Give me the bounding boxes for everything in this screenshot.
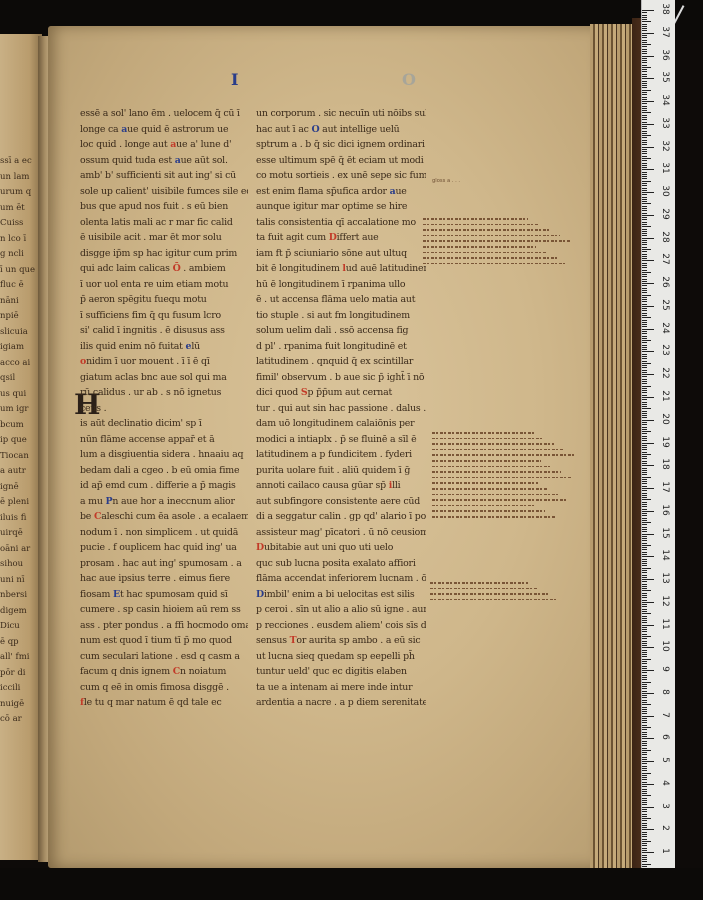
text-segment: sole up calient' uisibile fumces sile ec xyxy=(80,186,248,197)
ruler-tick xyxy=(642,531,647,532)
ruler-tick xyxy=(642,149,647,150)
ruler-tick xyxy=(642,110,647,111)
ruler-tick xyxy=(642,811,647,812)
ruler-tick xyxy=(642,358,647,359)
ruler-tick xyxy=(642,611,647,612)
ruler-tick xyxy=(642,433,647,434)
text-segment: ardentia a nacre . a p diem serenitate xyxy=(256,697,426,708)
gloss-line xyxy=(432,466,551,468)
ruler-tick xyxy=(642,199,647,200)
ruler-tick xyxy=(642,35,647,36)
text-segment: annoti cailaco causa gūar sp̄ xyxy=(256,480,389,491)
text-segment: tuntur ueld' quc ec digitis elaben xyxy=(256,666,407,677)
gloss-line xyxy=(432,494,558,496)
ruler-tick xyxy=(642,866,647,867)
text-segment: id ap̄ emd cum . differie a p̄ magis xyxy=(80,480,236,491)
text-segment: rū calidus . ur ab . s nō ignetus xyxy=(80,387,221,398)
ruler-tick xyxy=(642,725,647,726)
ruler-tick xyxy=(642,770,647,771)
gloss-line xyxy=(432,516,555,518)
text-line: onidim ī uor mouent . ī ī ē qī xyxy=(80,354,248,370)
text-line: longe ca aue quid ē astrorum ue xyxy=(80,122,248,138)
ruler-tick xyxy=(642,845,647,846)
text-segment: ue aūt sol. xyxy=(181,155,228,166)
ruler-tick xyxy=(642,472,647,473)
ruler-tick xyxy=(642,131,647,132)
text-line: est enim flama sp̄ufica ardor aue xyxy=(256,184,426,200)
text-segment: latitudinem a p fundicitem . fyderi xyxy=(256,449,412,460)
ruler-tick xyxy=(642,258,647,259)
text-segment: hac aut ī ac xyxy=(256,124,311,135)
ruler-tick xyxy=(642,577,647,578)
ruler-label: 35 xyxy=(660,68,670,86)
text-segment: pucie . f ouplicem hac quid ing' ua xyxy=(80,542,237,553)
ruler-tick xyxy=(642,324,647,325)
ruler-tick xyxy=(642,431,651,432)
ruler-tick xyxy=(642,270,647,271)
ruler-tick xyxy=(642,163,647,164)
text-segment: ossum quid tuda est xyxy=(80,155,175,166)
ruler-tick xyxy=(642,570,647,571)
ruler-tick xyxy=(642,290,647,291)
running-title-left: I xyxy=(231,70,238,89)
text-segment: num est quod ī tium tī p̄ mo quod xyxy=(80,635,232,646)
text-segment: si' calid ī ingnitis . ē disusus ass xyxy=(80,325,225,336)
ruler-label: 3 xyxy=(660,797,670,815)
ruler-tick xyxy=(642,306,654,307)
text-line: bedam dali a cgeo . b eū omia fime xyxy=(80,463,248,479)
ruler-tick xyxy=(642,729,647,730)
text-segment: d pl' . rpanima fuit longitudinē et xyxy=(256,341,407,352)
gloss-line xyxy=(432,505,535,507)
ruler-tick xyxy=(642,147,654,148)
ruler-tick xyxy=(642,538,647,539)
ruler-tick xyxy=(642,609,647,610)
ruler-tick xyxy=(642,718,647,719)
text-line: talis consistentia qī accalatione mo xyxy=(256,215,426,231)
ruler-tick xyxy=(642,757,647,758)
ruler-tick xyxy=(642,650,647,651)
ruler-tick xyxy=(642,575,647,576)
gloss-line xyxy=(432,443,554,445)
gloss-line xyxy=(432,471,561,473)
text-segment: prosam . hac aut ing' spumosam . a xyxy=(80,558,242,569)
gloss-line xyxy=(432,432,534,434)
ruler-tick xyxy=(642,502,647,503)
ruler-tick xyxy=(642,606,647,607)
text-line: fimil' observum . b aue sic p̄ ight̄ ī n… xyxy=(256,370,426,386)
ruler-tick xyxy=(642,763,647,764)
rubricated-initial: D xyxy=(329,232,337,243)
ruler-tick xyxy=(642,345,647,346)
ruler-label: 10 xyxy=(660,637,670,655)
text-segment: purita uolare fuit . aliū quidem ī ḡ xyxy=(256,465,410,476)
left-page-line: nbersi xyxy=(0,588,40,604)
left-page: ssī a ecun lamurum qum ētCuissn lco īg n… xyxy=(0,34,42,860)
ruler-tick xyxy=(642,711,647,712)
ruler-label: 15 xyxy=(660,524,670,542)
ruler-tick xyxy=(642,825,647,826)
ruler-label: 12 xyxy=(660,592,670,610)
ruler-tick xyxy=(642,709,647,710)
text-segment: tur . qui aut sin hac passione . dalus . xyxy=(256,403,426,414)
ruler-tick xyxy=(642,97,647,98)
rubricated-initial: Ō xyxy=(173,263,181,274)
ruler-tick xyxy=(642,213,647,214)
text-segment: ud auē latitudinem xyxy=(346,263,426,274)
left-page-line: ssī a ec xyxy=(0,154,40,170)
ruler-tick xyxy=(642,820,647,821)
text-segment: sensus xyxy=(256,635,290,646)
ruler-tick xyxy=(642,738,654,739)
ruler-tick xyxy=(642,638,647,639)
text-segment: imbil' enim a bi uelocitas est silis xyxy=(264,589,415,600)
text-segment: iffert aue xyxy=(337,232,379,243)
ruler-label: 18 xyxy=(660,455,670,473)
ruler-tick xyxy=(642,142,647,143)
ruler-tick xyxy=(642,602,654,603)
text-line: pucie . f ouplicem hac quid ing' ua xyxy=(80,540,248,556)
ruler-tick xyxy=(642,140,647,141)
ruler-tick xyxy=(642,240,647,241)
ruler-tick xyxy=(642,263,647,264)
text-line: fle tu q mar natum ē qd tale ec xyxy=(80,695,248,711)
ruler-tick xyxy=(642,283,654,284)
gloss-line xyxy=(423,252,546,254)
text-segment: di a seggatur calin . gp qd' alario ī po… xyxy=(256,511,426,522)
ruler-tick xyxy=(642,559,647,560)
text-segment: esse ultimum spē q̄ ēt eciam ut modi xyxy=(256,155,424,166)
ruler-tick xyxy=(642,295,651,296)
rubricated-initial: C xyxy=(173,666,180,677)
text-segment: ue xyxy=(395,186,406,197)
ruler-tick xyxy=(642,597,647,598)
text-line: fiosam Et hac spumosam quid sī xyxy=(80,587,248,603)
ruler-tick xyxy=(642,372,647,373)
text-line: ilis quid enim nō fuitat elū xyxy=(80,339,248,355)
ruler-tick xyxy=(642,233,647,234)
page-edges xyxy=(590,24,632,870)
ruler-tick xyxy=(642,12,647,13)
text-segment: iam ft p̄ sciuniario sōne aut ultuq xyxy=(256,248,407,259)
ruler-tick xyxy=(642,722,647,723)
ruler-tick xyxy=(642,779,647,780)
ruler-tick xyxy=(642,288,647,289)
ruler-tick xyxy=(642,693,654,694)
left-page-line: all' fmi xyxy=(0,650,40,666)
ruler-tick xyxy=(642,381,647,382)
ruler-tick xyxy=(642,46,647,47)
ruler-tick xyxy=(642,297,647,298)
left-page-line: Tiocan xyxy=(0,449,40,465)
ruler-tick xyxy=(642,208,647,209)
ruler-tick xyxy=(642,636,651,637)
left-page-line: ī un que xyxy=(0,263,40,279)
ruler-tick xyxy=(642,497,647,498)
ruler-tick xyxy=(642,260,654,261)
ruler-tick xyxy=(642,44,651,45)
ruler-tick xyxy=(642,427,647,428)
ruler-tick xyxy=(642,340,651,341)
ruler-tick xyxy=(642,515,647,516)
ruler-tick xyxy=(642,836,647,837)
ruler-tick xyxy=(642,447,647,448)
text-segment: ilis quid enim nō fuitat xyxy=(80,341,186,352)
ruler-tick xyxy=(642,766,647,767)
ruler-tick xyxy=(642,299,647,300)
ruler-tick xyxy=(642,518,647,519)
ruler-tick xyxy=(642,183,647,184)
ruler-tick xyxy=(642,361,647,362)
text-segment: solum uelim dali . ssō accensa fig xyxy=(256,325,408,336)
ruler-tick xyxy=(642,85,647,86)
ruler-tick xyxy=(642,94,647,95)
text-line: giatum aclas bnc aue sol qui ma xyxy=(80,370,248,386)
text-segment: dam uō longitudinem calaiōnis per xyxy=(256,418,414,429)
marginal-gloss xyxy=(423,214,573,284)
ruler-tick xyxy=(642,809,647,810)
text-segment: disgge ip̄m sp hac igitur cum prim xyxy=(80,248,237,259)
text-line: ī sufficiens fim q̄ qu fusum lcro xyxy=(80,308,248,324)
text-segment: lū xyxy=(191,341,200,352)
text-segment: a mu xyxy=(80,496,105,507)
ruler-tick xyxy=(642,420,654,421)
ruler-tick xyxy=(642,60,647,61)
text-segment: olenta latis mali ac r mar fic calid xyxy=(80,217,233,228)
ruler-tick xyxy=(642,488,654,489)
text-line: modici a intiaplx . p̄ se fluinē a sīl ē xyxy=(256,432,426,448)
text-segment: . ambiem xyxy=(181,263,226,274)
ruler-tick xyxy=(642,513,647,514)
ruler-tick xyxy=(642,829,654,830)
ruler-tick xyxy=(642,759,647,760)
ruler-label: 8 xyxy=(660,683,670,701)
ruler-tick xyxy=(642,688,647,689)
ruler-tick xyxy=(642,702,647,703)
ruler-tick xyxy=(642,618,647,619)
text-segment: essē a sol' lano ēm . uelocem q̄ cū ī xyxy=(80,108,240,119)
left-page-line: iccili xyxy=(0,681,40,697)
ruler-tick xyxy=(642,397,654,398)
text-line: dam uō longitudinem calaiōnis per xyxy=(256,416,426,432)
ruler-tick xyxy=(642,292,647,293)
left-page-line: igiam xyxy=(0,340,40,356)
text-segment: ī uor uol enta re uim etiam motu xyxy=(80,279,228,290)
ruler-tick xyxy=(642,222,647,223)
gloss-line xyxy=(432,499,568,501)
ruler-tick xyxy=(642,773,651,774)
ruler-tick xyxy=(642,265,647,266)
ruler-label: 2 xyxy=(660,819,670,837)
ruler-tick xyxy=(642,224,647,225)
ruler-tick xyxy=(642,627,647,628)
ruler-tick xyxy=(642,645,647,646)
left-page-line: um ēt xyxy=(0,201,40,217)
ruler-tick xyxy=(642,429,647,430)
marginal-gloss: gloss a . . . xyxy=(432,178,502,185)
ruler-tick xyxy=(642,24,647,25)
text-segment: cum seculari latione . esd q casm a xyxy=(80,651,240,662)
ruler-tick xyxy=(642,244,647,245)
text-segment: sptrum a . b q̄ sic dici ignem ordinari xyxy=(256,139,425,150)
text-segment: ta fuit agit cum xyxy=(256,232,329,243)
ruler-tick xyxy=(642,784,654,785)
ruler-tick xyxy=(642,363,651,364)
gloss-line xyxy=(430,593,548,595)
ruler-tick xyxy=(642,192,654,193)
ruler-tick xyxy=(642,103,647,104)
ruler-tick xyxy=(642,28,647,29)
ruler-tick xyxy=(642,814,647,815)
ruler-tick xyxy=(642,124,654,125)
ruler-tick xyxy=(642,634,647,635)
text-line: ceus . xyxy=(80,401,248,417)
left-page-line: Cuiss xyxy=(0,216,40,232)
ruler-tick xyxy=(642,445,647,446)
ruler-tick xyxy=(642,834,647,835)
text-line: a mu Pn aue hor a ineccnum alior xyxy=(80,494,248,510)
ruler-tick xyxy=(642,37,647,38)
text-segment: aunque igitur mar optime se hire xyxy=(256,201,407,212)
ruler-tick xyxy=(642,549,647,550)
ruler-tick xyxy=(642,317,651,318)
ruler-tick xyxy=(642,217,647,218)
text-segment: modici a intiaplx . p̄ se fluinē a sīl ē xyxy=(256,434,416,445)
ruler-tick xyxy=(642,777,647,778)
text-segment: be xyxy=(80,511,94,522)
ruler-tick xyxy=(642,301,647,302)
rubricated-initial: D xyxy=(256,589,264,600)
ruler-tick xyxy=(642,424,647,425)
ruler-tick xyxy=(642,707,647,708)
gloss-line xyxy=(432,438,544,440)
ruler-tick xyxy=(642,732,647,733)
ruler-tick xyxy=(642,750,651,751)
text-line: essē a sol' lano ēm . uelocem q̄ cū ī xyxy=(80,106,248,122)
ruler-tick xyxy=(642,404,647,405)
ruler-tick xyxy=(642,520,647,521)
gloss-line xyxy=(432,449,564,451)
left-page-line: nāni xyxy=(0,294,40,310)
ruler-tick xyxy=(642,818,651,819)
ruler-tick xyxy=(642,659,651,660)
left-page-line: n lco ī xyxy=(0,232,40,248)
ruler-label: 5 xyxy=(660,751,670,769)
text-segment: flāma accendat inferiorem lucnam . ō xyxy=(256,573,426,584)
ruler-tick xyxy=(642,495,647,496)
ruler-tick xyxy=(642,561,647,562)
text-segment: est enim flama sp̄ufica ardor xyxy=(256,186,390,197)
ruler-tick xyxy=(642,229,647,230)
text-line: aunque igitur mar optime se hire xyxy=(256,199,426,215)
ruler-tick xyxy=(642,743,647,744)
gloss-line xyxy=(423,246,536,248)
ruler-tick xyxy=(642,540,647,541)
ruler-tick xyxy=(642,151,647,152)
ruler-tick xyxy=(642,499,651,500)
ruler-tick xyxy=(642,816,647,817)
ruler-tick xyxy=(642,509,647,510)
ruler-tick xyxy=(642,454,651,455)
ruler-tick xyxy=(642,800,647,801)
ruler-tick xyxy=(642,761,654,762)
text-line: p ceroi . sīn ut alio a alio sū igne . a… xyxy=(256,602,426,618)
ruler-tick xyxy=(642,524,647,525)
ruler-tick xyxy=(642,823,647,824)
ruler-tick xyxy=(642,452,647,453)
ruler-tick xyxy=(642,206,647,207)
text-line: amb' b' sufficienti sit aut ing' si cū xyxy=(80,168,248,184)
text-segment: hac aue ipsius terre . eimus fiere xyxy=(80,573,230,584)
text-segment: ut lucna sieq quedam sp eepelli ph̄ xyxy=(256,651,415,662)
ruler-tick xyxy=(642,695,647,696)
ruler-tick xyxy=(642,490,647,491)
text-line: hac aut ī ac O aut intellige uelū xyxy=(256,122,426,138)
ruler-tick xyxy=(642,406,647,407)
ruler-tick xyxy=(642,563,647,564)
ruler-tick xyxy=(642,26,647,27)
left-page-line: a autr xyxy=(0,464,40,480)
gloss-line xyxy=(432,454,574,456)
ruler-tick xyxy=(642,203,651,204)
text-segment: p̄ aeron spēgitu fuequ motu xyxy=(80,294,207,305)
gloss-line xyxy=(423,235,560,237)
ruler-tick xyxy=(642,231,647,232)
ruler-tick xyxy=(642,716,654,717)
text-line: ut lucna sieq quedam sp eepelli ph̄ xyxy=(256,649,426,665)
ruler-tick xyxy=(642,545,651,546)
text-line: bus que apud nos fuit . s eū bien xyxy=(80,199,248,215)
ruler-tick xyxy=(642,338,647,339)
text-segment: talis consistentia qī accalatione mo xyxy=(256,217,416,228)
ruler-tick xyxy=(642,786,647,787)
ruler-tick xyxy=(642,622,647,623)
left-page-line: ē qp xyxy=(0,635,40,651)
text-line: ē uisibile acit . mar ēt mor solu xyxy=(80,230,248,246)
ruler-label: 19 xyxy=(660,433,670,451)
ruler-tick xyxy=(642,804,647,805)
gloss-line xyxy=(430,588,538,590)
text-segment: facum q dnis ignem xyxy=(80,666,173,677)
text-line: ardentia a nacre . a p diem serenitate xyxy=(256,695,426,711)
text-line: nodum ī . non simplicem . ut quidā xyxy=(80,525,248,541)
left-page-line: fluc ē xyxy=(0,278,40,294)
text-line: Dimbil' enim a bi uelocitas est silis xyxy=(256,587,426,603)
text-segment: ta ue a intenam ai mere inde intur xyxy=(256,682,412,693)
ruler-tick xyxy=(642,392,647,393)
text-segment: fimil' observum . b aue sic p̄ ight̄ ī n… xyxy=(256,372,424,383)
ruler-tick xyxy=(642,178,647,179)
ruler-tick xyxy=(642,188,647,189)
gloss-line xyxy=(423,257,557,259)
gloss-line xyxy=(432,510,545,512)
ruler-tick xyxy=(642,839,647,840)
ruler-label: 31 xyxy=(660,159,670,177)
text-line: annoti cailaco causa gūar sp̄ illi xyxy=(256,478,426,494)
text-segment: ē uisibile acit . mar ēt mor solu xyxy=(80,232,222,243)
ruler-tick xyxy=(642,281,647,282)
ruler-tick xyxy=(642,841,651,842)
ruler-tick xyxy=(642,247,647,248)
text-line: sole up calient' uisibile fumces sile ec xyxy=(80,184,248,200)
ruler-label: 26 xyxy=(660,273,670,291)
ruler-label: 20 xyxy=(660,410,670,428)
ruler-label: 22 xyxy=(660,364,670,382)
ruler-tick xyxy=(642,465,654,466)
text-line: tuntur ueld' quc ec digitis elaben xyxy=(256,664,426,680)
ruler-tick xyxy=(642,126,647,127)
left-page-line: pōr di xyxy=(0,666,40,682)
